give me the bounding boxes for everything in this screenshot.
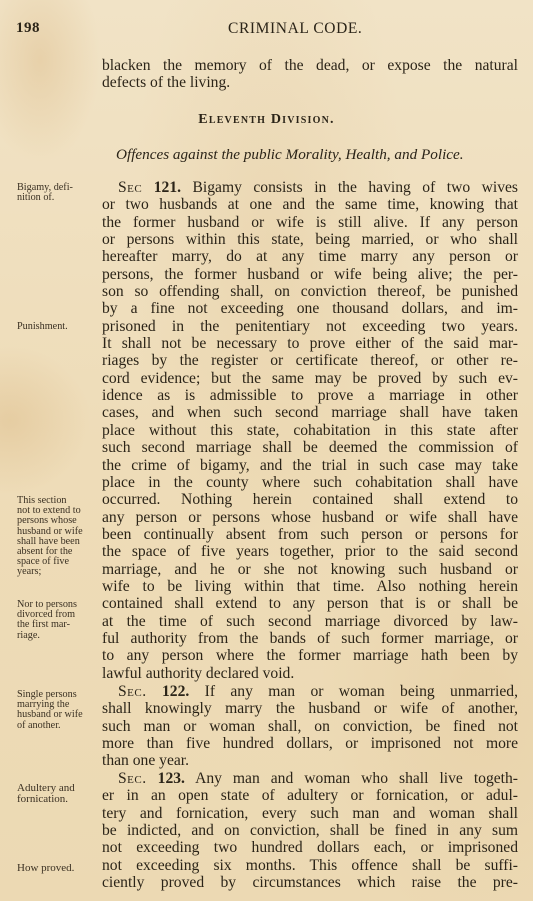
text-line: any person or persons whose husband or w… xyxy=(102,509,518,526)
text-line: the crime of bigamy, and the trial in su… xyxy=(102,457,518,474)
page-number: 198 xyxy=(16,20,40,37)
division-subtitle: Offences against the public Morality, He… xyxy=(116,146,516,164)
margin-note-punishment: Punishment. xyxy=(17,322,101,332)
text-line: blacken the memory of the dead, or expos… xyxy=(102,57,518,74)
text-line: more than five hundred dollars, or impri… xyxy=(102,735,518,752)
section-121: Sec 121. Bigamy consists in the having o… xyxy=(102,179,518,682)
text-line: hereafter marry, do at any time marry an… xyxy=(102,248,518,265)
text-line: at the time of such second marriage divo… xyxy=(102,613,518,630)
text-line: riages by the register or certificate th… xyxy=(102,352,518,369)
text-line: not exceeding six months. This offence s… xyxy=(102,857,518,874)
text-line: idence as is admissible to prove a marri… xyxy=(102,387,518,404)
section-number: 121. xyxy=(154,179,181,196)
text-line: shall knowingly marry the husband or wif… xyxy=(102,700,518,717)
section-number: 123. xyxy=(158,770,185,787)
text-line: ciently proved by circumstances which ra… xyxy=(102,874,518,891)
text-line: place without this state, cohabitation i… xyxy=(102,422,518,439)
text-line: Any man and woman who shall live togeth- xyxy=(195,770,518,787)
margin-note-single-persons: Single persons marrying the husband or w… xyxy=(17,690,101,731)
section-label: Sec xyxy=(118,179,142,196)
text-line: the space of five years together, prior … xyxy=(102,543,518,560)
margin-note-exception-absence: This section not to extend to persons wh… xyxy=(17,496,101,578)
text-line: to any person where the former marriage … xyxy=(102,647,518,664)
text-line: cord evidence; but the same may be prove… xyxy=(102,370,518,387)
text-line: Bigamy consists in the having of two wiv… xyxy=(193,179,519,196)
text-line: prisoned in the penitentiary not exceedi… xyxy=(102,318,518,335)
text-line: marriage, and he or she not knowing such… xyxy=(102,561,518,578)
text-line: tery and fornication, every such man and… xyxy=(102,805,518,822)
text-line: lawful authority declared void. xyxy=(102,665,518,682)
text-line: occurred. Nothing herein contained shall… xyxy=(102,491,518,508)
text-line: wife to be living within that time. Also… xyxy=(102,578,518,595)
text-line: son so offending shall, on conviction th… xyxy=(102,283,518,300)
text-line: than one year. xyxy=(102,752,518,769)
text-line: cases, and when such second marriage sha… xyxy=(102,404,518,421)
text-line: by a fine not exceeding one thousand dol… xyxy=(102,300,518,317)
margin-note-how-proved: How proved. xyxy=(17,863,101,874)
text-line: If any man or woman being unmarried, xyxy=(205,683,518,700)
book-page: 198 CRIMINAL CODE. blacken the memory of… xyxy=(0,0,533,901)
text-line: place in the county where such cohabitat… xyxy=(102,474,518,491)
running-title: CRIMINAL CODE. xyxy=(228,20,362,38)
margin-note-adultery: Adultery and fornication. xyxy=(17,783,101,805)
text-line: been continually absent from such person… xyxy=(102,526,518,543)
text-line: such man or woman shall, on conviction, … xyxy=(102,718,518,735)
text-line: ful authority from the bands of such for… xyxy=(102,630,518,647)
text-line: defects of the living. xyxy=(102,74,518,91)
text-line: not exceeding two hundred dollars each, … xyxy=(102,839,518,856)
division-title: Eleventh Division. xyxy=(0,112,533,128)
running-head: 198 CRIMINAL CODE. xyxy=(0,20,533,40)
text-line: It shall not be necessary to prove eithe… xyxy=(102,335,518,352)
opening-paragraph: blacken the memory of the dead, or expos… xyxy=(102,57,518,92)
section-123: Sec. 123. Any man and woman who shall li… xyxy=(102,770,518,891)
section-label: Sec. xyxy=(118,770,147,787)
text-line: be indicted, and on conviction, shall be… xyxy=(102,822,518,839)
text-line: contained shall extend to any person tha… xyxy=(102,595,518,612)
text-line: or two husbands at one and the same time… xyxy=(102,196,518,213)
margin-note-bigamy: Bigamy, defi- nition of. xyxy=(17,183,101,203)
text-line: the former husband or wife is still aliv… xyxy=(102,214,518,231)
section-number: 122. xyxy=(162,683,189,700)
section-122: Sec. 122. If any man or woman being unma… xyxy=(102,683,518,770)
text-line: er in an open state of adultery or forni… xyxy=(102,787,518,804)
text-line: such second marriage shall be deemed the… xyxy=(102,439,518,456)
section-label: Sec. xyxy=(118,683,147,700)
margin-note-exception-divorce: Nor to persons divorced from the first m… xyxy=(17,600,101,641)
text-line: or persons within this state, being marr… xyxy=(102,231,518,248)
text-line: persons, the former husband or wife bein… xyxy=(102,266,518,283)
